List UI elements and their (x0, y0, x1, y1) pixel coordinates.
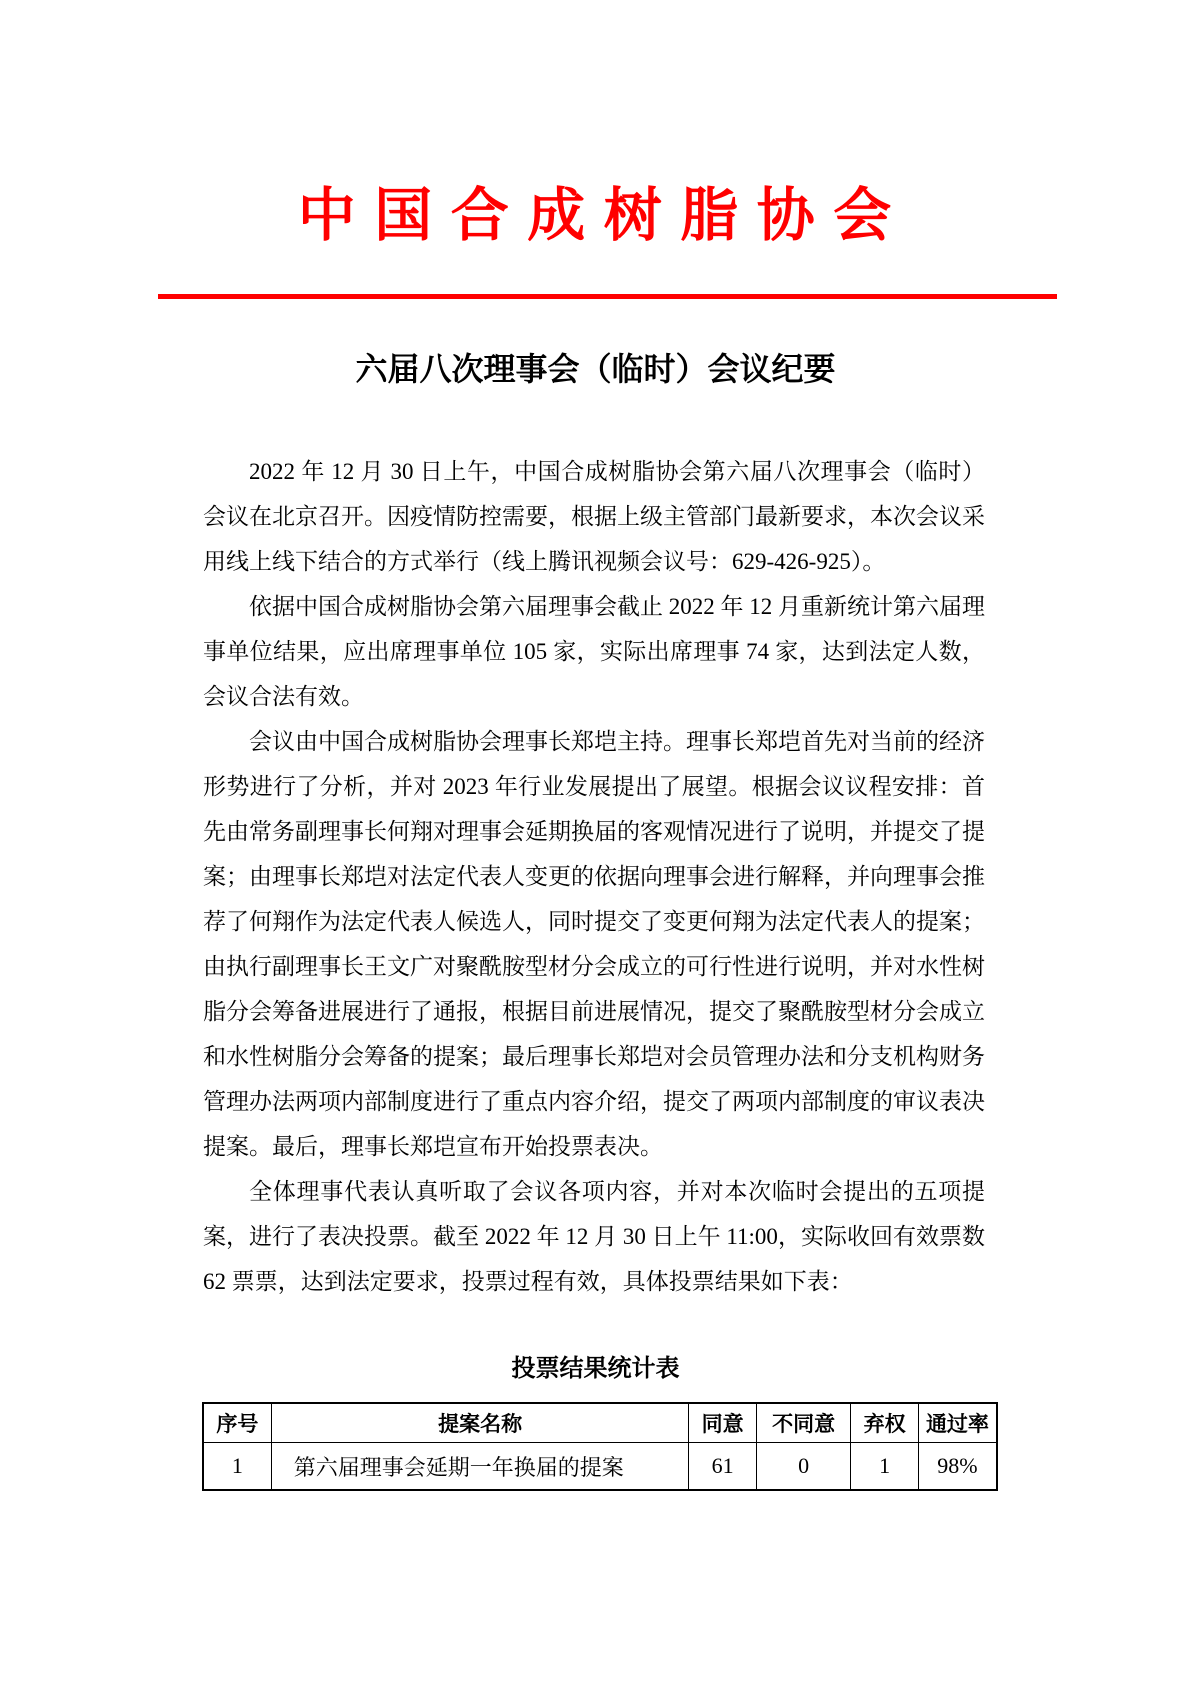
header-cell-pass-rate: 通过率 (918, 1403, 997, 1443)
cell-agree: 61 (689, 1443, 756, 1491)
organization-name: 中 国 合 成 树 脂 协 会 (0, 0, 1191, 250)
table-data-row: 1 第六届理事会延期一年换届的提案 61 0 1 98% (203, 1443, 997, 1491)
header-cell-proposal-name: 提案名称 (271, 1403, 689, 1443)
vote-table-title: 投票结果统计表 (0, 1354, 1191, 1384)
cell-disagree: 0 (756, 1443, 850, 1491)
cell-proposal-name: 第六届理事会延期一年换届的提案 (271, 1443, 689, 1491)
body-text: 2022 年 12 月 30 日上午，中国合成树脂协会第六届八次理事会（临时）会… (203, 449, 985, 1304)
vote-results-table: 序号 提案名称 同意 不同意 弃权 通过率 1 第六届理事会延期一年换届的提案 … (202, 1402, 998, 1491)
header-cell-seq: 序号 (203, 1403, 271, 1443)
header-cell-disagree: 不同意 (756, 1403, 850, 1443)
cell-abstain: 1 (851, 1443, 918, 1491)
paragraph-agenda: 会议由中国合成树脂协会理事长郑垲主持。理事长郑垲首先对当前的经济形势进行了分析，… (203, 719, 985, 1169)
header-divider-rule (158, 294, 1057, 299)
paragraph-voting-summary: 全体理事代表认真听取了会议各项内容，并对本次临时会提出的五项提案，进行了表决投票… (203, 1169, 985, 1304)
header-cell-abstain: 弃权 (851, 1403, 918, 1443)
paragraph-attendance: 依据中国合成树脂协会第六届理事会截止 2022 年 12 月重新统计第六届理事单… (203, 584, 985, 719)
cell-pass-rate: 98% (918, 1443, 997, 1491)
header-cell-agree: 同意 (689, 1403, 756, 1443)
cell-seq: 1 (203, 1443, 271, 1491)
document-page: 中 国 合 成 树 脂 协 会 六届八次理事会（临时）会议纪要 2022 年 1… (0, 0, 1191, 1684)
table-header-row: 序号 提案名称 同意 不同意 弃权 通过率 (203, 1403, 997, 1443)
paragraph-meeting-opening: 2022 年 12 月 30 日上午，中国合成树脂协会第六届八次理事会（临时）会… (203, 449, 985, 584)
document-title: 六届八次理事会（临时）会议纪要 (0, 349, 1191, 389)
